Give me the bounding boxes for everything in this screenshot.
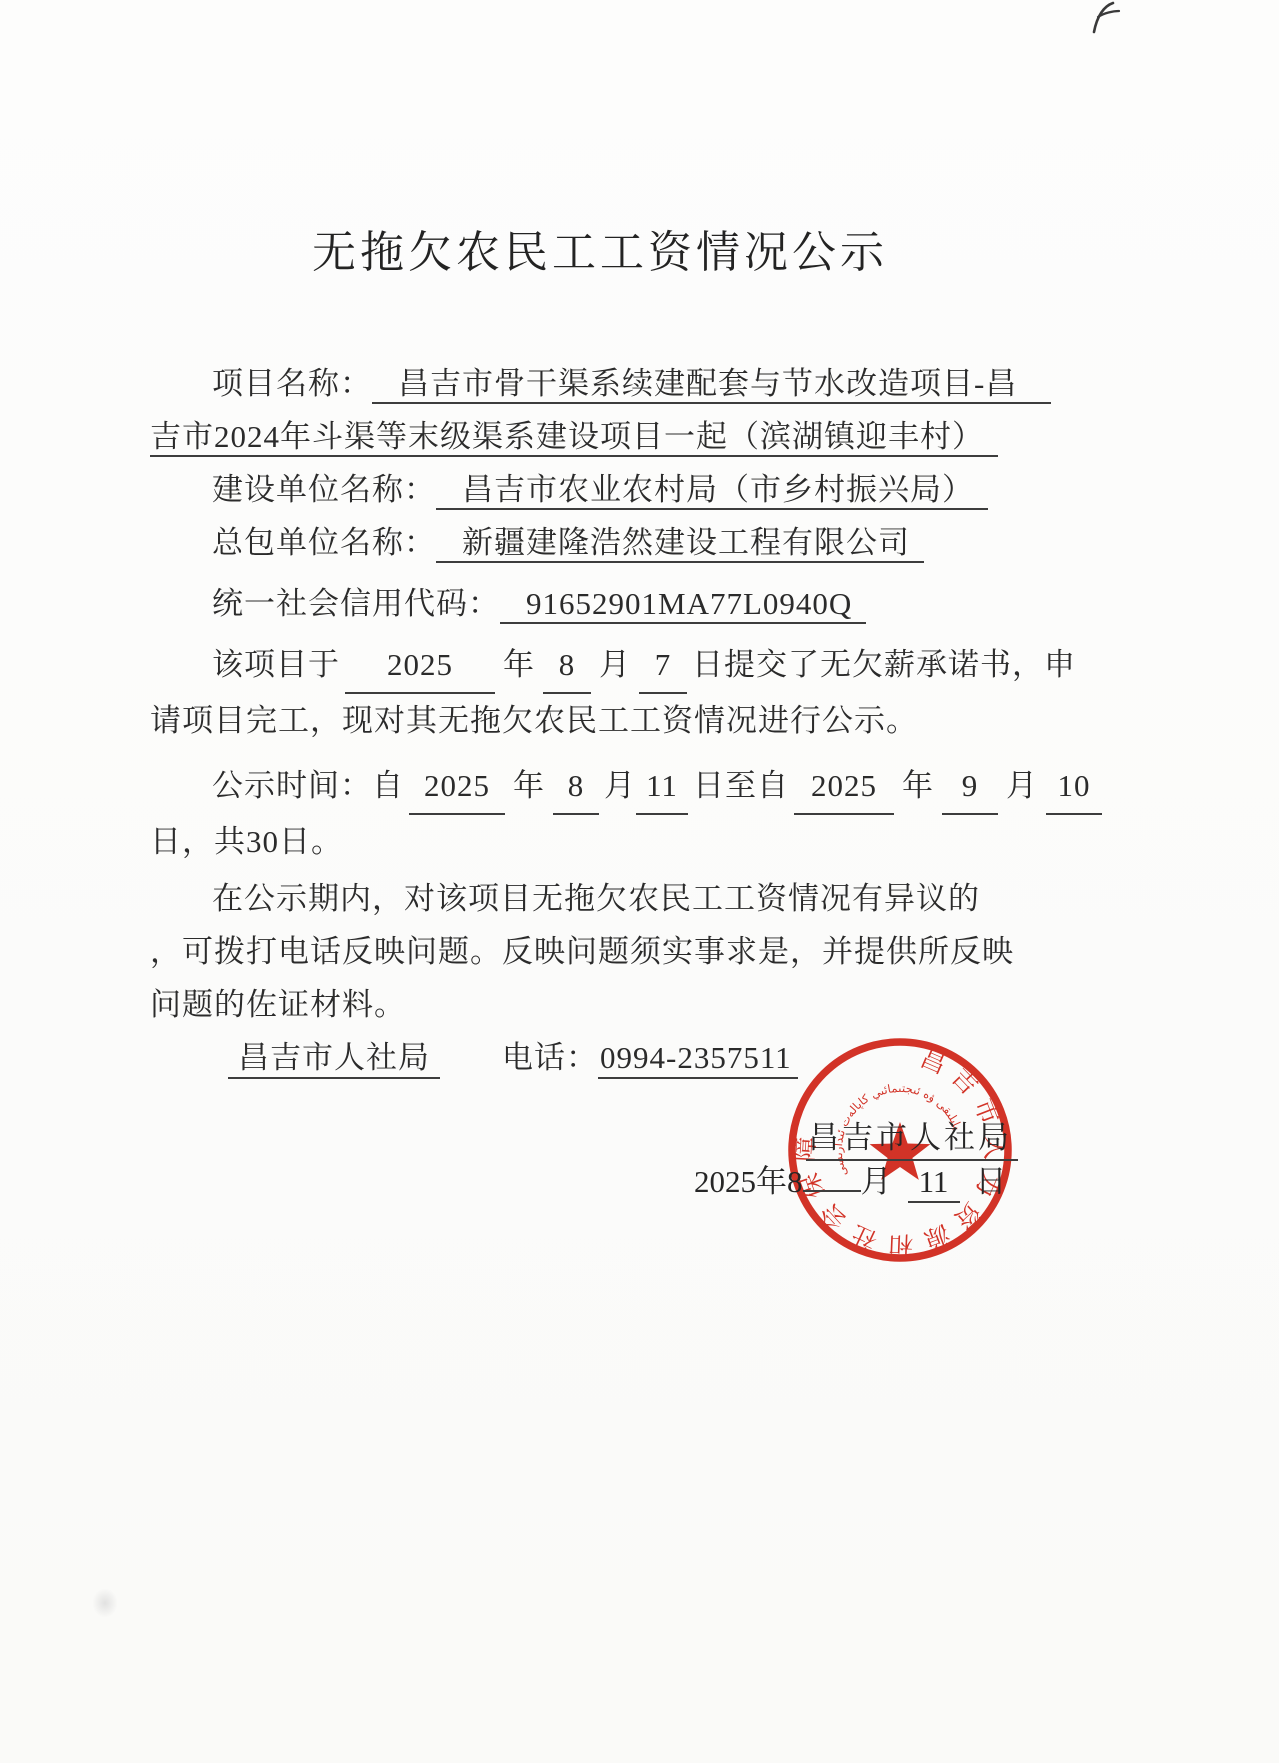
submission-prefix: 该项目于 [212, 647, 340, 682]
credit-code-line: 统一社会信用代码：91652901MA77L0940Q [150, 577, 1050, 630]
builder-label: 建设单位名称： [212, 472, 436, 507]
notice-middle: 日至自 [693, 768, 789, 803]
submission-line1: 该项目于2025年8月7日提交了无欠薪承诺书，申 [150, 638, 1050, 694]
page-title: 无拖欠农民工工资情况公示 [150, 225, 1050, 281]
notice-unit-month1: 月 [604, 768, 636, 803]
signature-date-blank [803, 1189, 861, 1192]
signature-agency: 昌吉市人社局 [806, 1112, 1018, 1161]
notice-unit-year2: 年 [902, 768, 934, 803]
notice-start-day: 11 [636, 759, 688, 815]
document-body: 无拖欠农民工工资情况公示 项目名称：昌吉市骨干渠系续建配套与节水改造项目-昌 吉… [150, 0, 1050, 1084]
submission-month-unit: 月 [599, 647, 631, 682]
credit-code-value: 91652901MA77L0940Q [500, 586, 866, 624]
phone-number: 0994-2357511 [598, 1040, 798, 1079]
objection-line3: 问题的佐证材料。 [150, 978, 1050, 1031]
builder-line: 建设单位名称：昌吉市农业农村局（市乡村振兴局） [150, 463, 1050, 516]
contact-agency: 昌吉市人社局 [228, 1040, 440, 1079]
signature-date-month-unit: 月 [861, 1164, 892, 1199]
project-name-value-line1: 昌吉市骨干渠系续建配套与节水改造项目-昌 [372, 366, 1051, 404]
notice-start-month: 8 [553, 759, 599, 815]
notice-period-label: 公示时间：自 [212, 768, 404, 803]
submission-line2: 请项目完工，现对其无拖欠农民工工资情况进行公示。 [150, 694, 1050, 747]
builder-value: 昌吉市农业农村局（市乡村振兴局） [436, 472, 988, 510]
phone-label: 电话： [502, 1040, 598, 1075]
notice-unit-month2: 月 [1006, 768, 1038, 803]
submission-year-unit: 年 [503, 647, 535, 682]
project-name-line2: 吉市2024年斗渠等末级渠系建设项目一起（滨湖镇迎丰村） [150, 410, 1050, 463]
submission-month: 8 [543, 638, 591, 694]
contractor-line: 总包单位名称：新疆建隆浩然建设工程有限公司 [150, 516, 1050, 569]
signature-date-day: 11 [908, 1164, 960, 1203]
contractor-label: 总包单位名称： [212, 525, 436, 560]
corner-pen-mark [1086, 0, 1128, 38]
credit-code-label: 统一社会信用代码： [212, 586, 500, 621]
notice-unit-year1: 年 [513, 768, 545, 803]
project-name-label: 项目名称： [212, 366, 372, 401]
submission-line1-rest: 日提交了无欠薪承诺书，申 [692, 647, 1076, 682]
objection-line2: ，可拨打电话反映问题。反映问题须实事求是，并提供所反映 [150, 925, 1050, 978]
objection-line1: 在公示期内，对该项目无拖欠农民工工资情况有异议的 [150, 872, 1050, 925]
notice-period-line2: 日，共30日。 [150, 815, 1050, 868]
notice-end-year: 2025 [794, 759, 894, 815]
notice-end-month: 9 [942, 759, 998, 815]
project-name-value-line2: 吉市2024年斗渠等末级渠系建设项目一起（滨湖镇迎丰村） [150, 419, 998, 457]
notice-period-line1: 公示时间：自2025年8月11日至自2025年9月10 [150, 759, 1050, 815]
project-name-line1: 项目名称：昌吉市骨干渠系续建配套与节水改造项目-昌 [150, 357, 1050, 410]
submission-day: 7 [639, 638, 687, 694]
contractor-value: 新疆建隆浩然建设工程有限公司 [436, 525, 924, 563]
signature-date-prefix: 2025年8 [694, 1164, 803, 1199]
signature-date-day-unit: 日 [976, 1164, 1007, 1199]
scanned-notice-page: 无拖欠农民工工资情况公示 项目名称：昌吉市骨干渠系续建配套与节水改造项目-昌 吉… [0, 0, 1279, 1763]
submission-year: 2025 [345, 638, 495, 694]
notice-end-day: 10 [1046, 759, 1102, 815]
scan-smudge [92, 1588, 118, 1618]
signature-date: 2025年8月11日 [694, 1156, 1007, 1203]
notice-start-year: 2025 [409, 759, 505, 815]
